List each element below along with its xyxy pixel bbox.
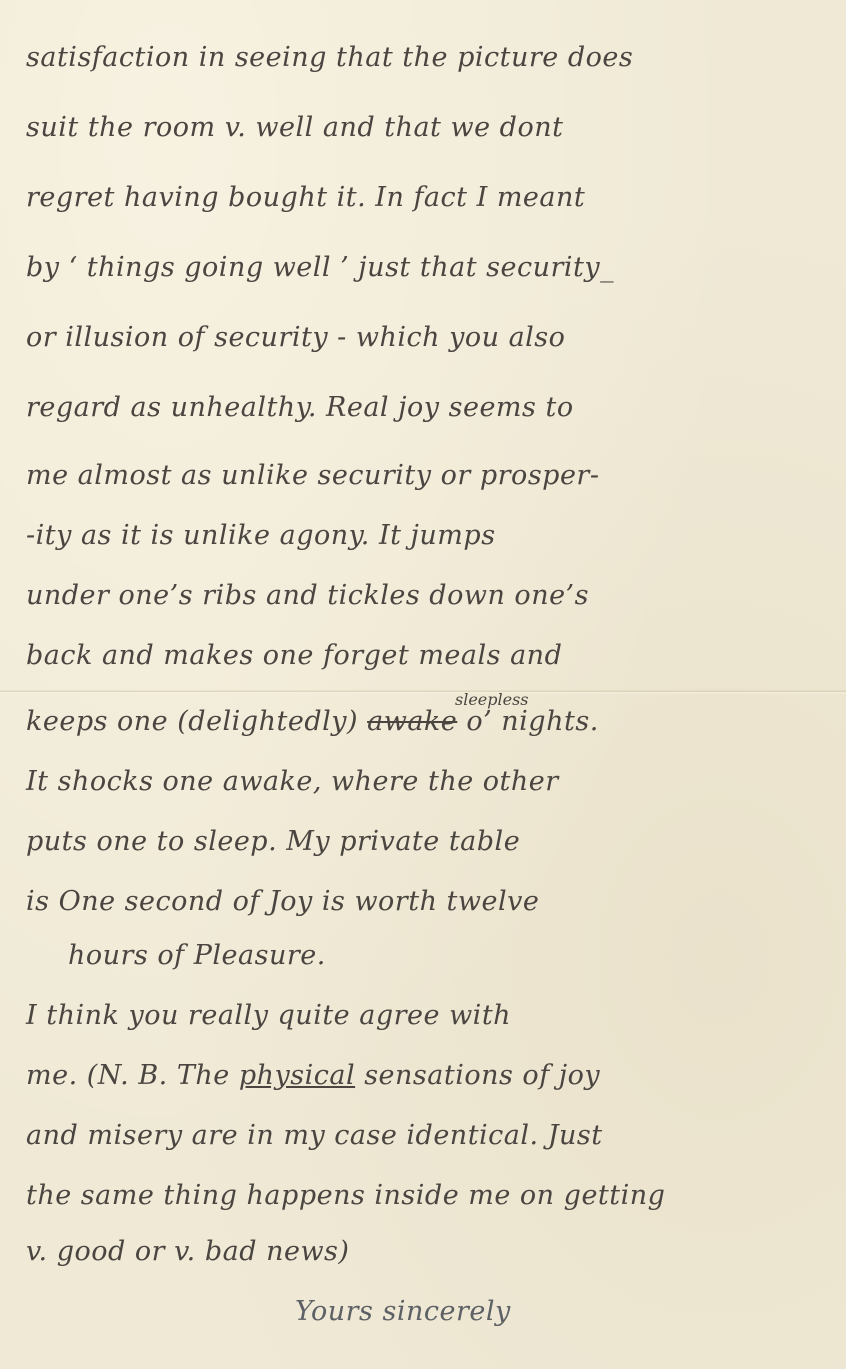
letter-line: under one’s ribs and tickles down one’s (26, 580, 589, 611)
letter-line: regret having bought it. In fact I meant (26, 182, 585, 213)
letter-line: puts one to sleep. My private table (26, 826, 520, 857)
letter-line: by ‘ things going well ’ just that secur… (26, 252, 614, 283)
line-text-rest: o’ nights. (457, 706, 599, 737)
letter-line: the same thing happens inside me on gett… (26, 1180, 665, 1211)
letter-line: back and makes one forget meals and (26, 640, 562, 671)
line-text: me. (N. B. The (26, 1060, 230, 1091)
line-text: keeps one (delightedly) (26, 706, 358, 737)
letter-line: It shocks one awake, where the other (26, 766, 559, 797)
letter-line: and misery are in my case identical. Jus… (26, 1120, 603, 1151)
underlined-word: physical (239, 1060, 355, 1091)
letter-line: -ity as it is unlike agony. It jumps (26, 520, 496, 551)
letter-line: hours of Pleasure. (68, 940, 326, 971)
letter-line: or illusion of security - which you also (26, 322, 565, 353)
paper-fold-crease (0, 690, 846, 694)
struck-word: awake (367, 706, 457, 737)
letter-line-with-underline: me. (N. B. The physical sensations of jo… (26, 1060, 600, 1091)
letter-page: satisfaction in seeing that the picture … (0, 0, 846, 1369)
letter-line: satisfaction in seeing that the picture … (26, 42, 633, 73)
closing-salutation: Yours sincerely (295, 1296, 511, 1327)
line-text-rest: sensations of joy (355, 1060, 600, 1091)
letter-line: v. good or v. bad news) (26, 1236, 349, 1267)
letter-line: regard as unhealthy. Real joy seems to (26, 392, 574, 423)
letter-line: I think you really quite agree with (26, 1000, 511, 1031)
letter-line: suit the room v. well and that we dont (26, 112, 563, 143)
letter-line: is One second of Joy is worth twelve (26, 886, 539, 917)
inserted-word: sleepless (455, 690, 529, 709)
letter-line: me almost as unlike security or prosper- (26, 460, 599, 491)
letter-line-with-correction: keeps one (delightedly) awake o’ nights. (26, 706, 599, 737)
